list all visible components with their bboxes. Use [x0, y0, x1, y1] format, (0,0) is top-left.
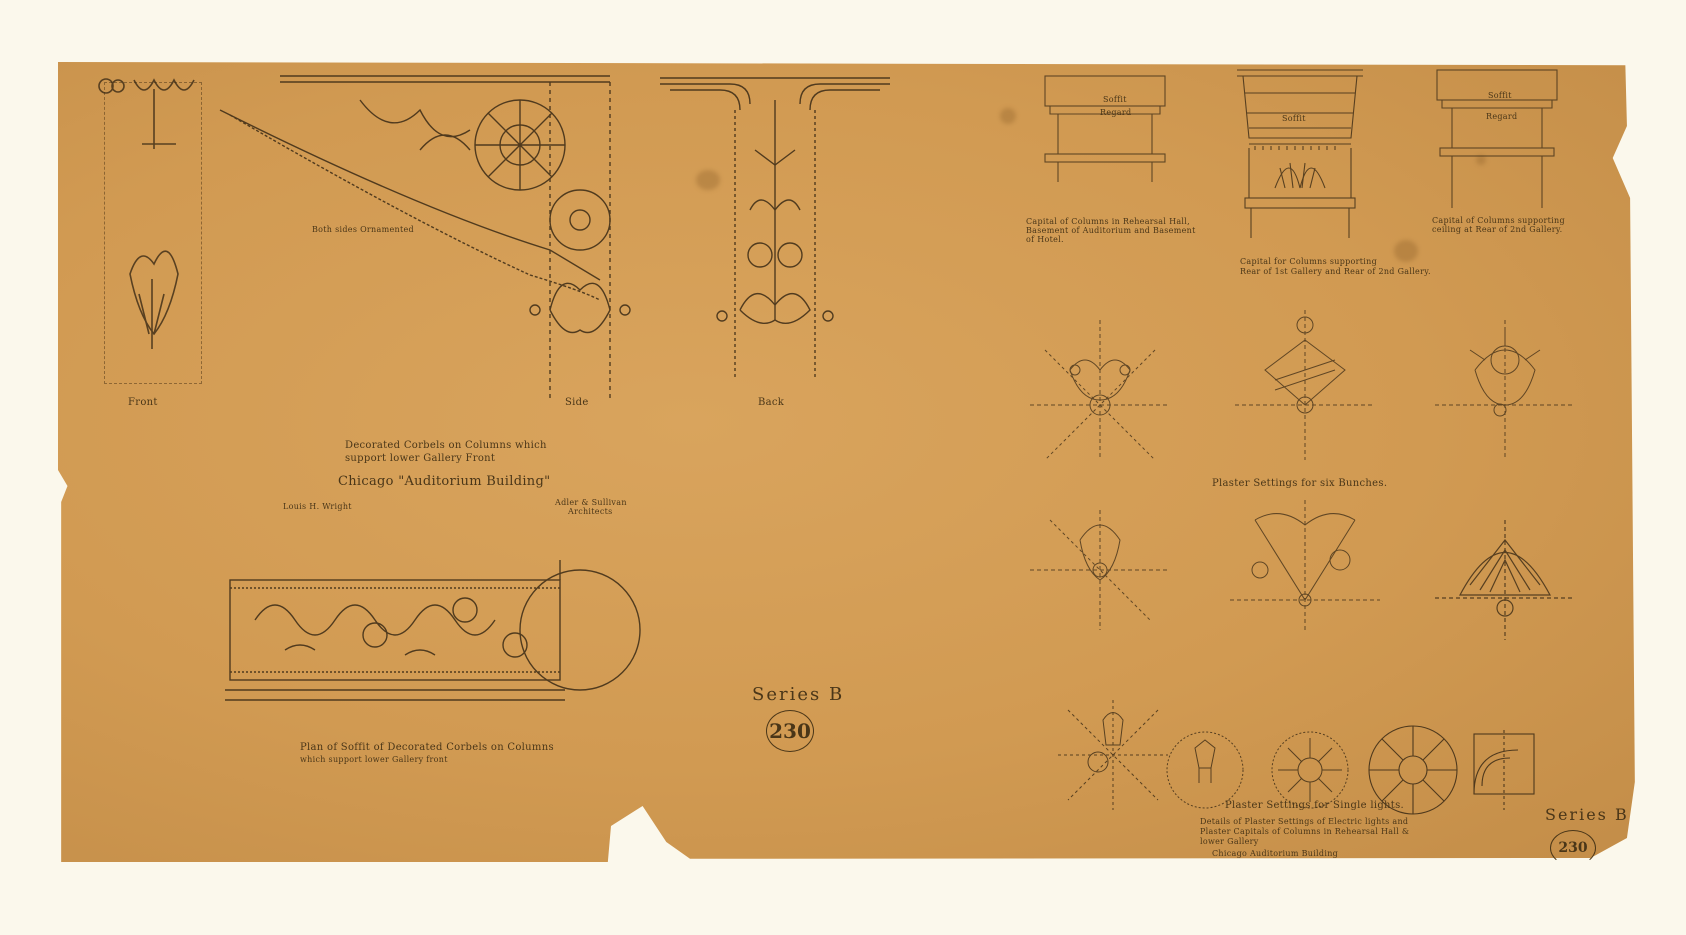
capital-3-soffit-label: Soffit [1488, 91, 1512, 100]
back-view-label: Back [758, 397, 784, 408]
capital-1-caption-line-1: Capital of Columns in Rehearsal Hall, [1026, 217, 1190, 226]
six-bunches-caption: Plaster Settings for six Bunches. [1212, 478, 1387, 489]
stain [1000, 108, 1016, 124]
capital-2-caption-line-2: Rear of 1st Gallery and Rear of 2nd Gall… [1240, 267, 1431, 276]
corbel-title-line-1: Decorated Corbels on Columns which [345, 440, 547, 451]
plaster-setting-bunch-5 [1230, 500, 1380, 630]
capital-3-regard-label: Regard [1486, 112, 1517, 121]
capital-1-caption-line-3: of Hotel. [1026, 235, 1064, 244]
back-view-column [660, 70, 890, 400]
front-view-label: Front [128, 397, 158, 408]
details-caption-line-1: Details of Plaster Settings of Electric … [1200, 817, 1408, 826]
series-stamp: Series B [752, 684, 844, 705]
soffit-plan-drawing [225, 560, 635, 720]
building-title: Chicago "Auditorium Building" [338, 475, 550, 489]
capital-2-caption-line-1: Capital for Columns supporting [1240, 257, 1377, 266]
architects-line-1: Adler & Sullivan [555, 498, 627, 507]
side-view-label: Side [565, 397, 589, 408]
single-lights-caption: Plaster Settings for Single lights. [1225, 800, 1404, 811]
capital-1-caption-line-2: Basement of Auditorium and Basement [1026, 226, 1196, 235]
drafter-signature: Louis H. Wright [283, 502, 352, 511]
soffit-plan-caption-line-1: Plan of Soffit of Decorated Corbels on C… [300, 742, 554, 753]
soffit-plan-caption-line-2: which support lower Gallery front [300, 755, 448, 764]
front-view-ornament [94, 74, 214, 394]
capital-3-caption-line-2: ceiling at Rear of 2nd Gallery. [1432, 225, 1563, 234]
capital-1-drawing [1040, 74, 1170, 184]
plaster-setting-bunch-6 [1435, 520, 1575, 640]
capital-1-soffit-label: Soffit [1103, 95, 1127, 104]
corner-sheet-number: 230 [1550, 830, 1596, 866]
plaster-setting-bunch-1 [1030, 320, 1170, 460]
single-light-setting-1 [1058, 700, 1168, 810]
capital-2-drawing [1235, 68, 1365, 238]
plaster-setting-bunch-3 [1435, 320, 1575, 460]
corbel-title-line-2: support lower Gallery Front [345, 453, 495, 464]
details-caption-line-2: Plaster Capitals of Columns in Rehearsal… [1200, 827, 1409, 836]
side-view-corbel [220, 70, 640, 400]
capital-1-regard-label: Regard [1100, 108, 1131, 117]
details-caption-line-4: Chicago Auditorium Building [1212, 849, 1338, 858]
sheet-number-stamp: 230 [766, 710, 814, 752]
both-sides-ornamented-note: Both sides Ornamented [312, 225, 414, 234]
plaster-setting-bunch-2 [1235, 310, 1375, 460]
capital-3-caption-line-1: Capital of Columns supporting [1432, 216, 1565, 225]
capital-2-soffit-label: Soffit [1282, 114, 1306, 123]
stain [1394, 240, 1418, 262]
architects-line-2: Architects [568, 507, 613, 516]
single-light-setting-5 [1470, 730, 1550, 810]
details-caption-line-3: lower Gallery [1200, 837, 1259, 846]
corner-series-stamp: Series B [1545, 805, 1629, 824]
plaster-setting-bunch-4 [1030, 510, 1170, 630]
